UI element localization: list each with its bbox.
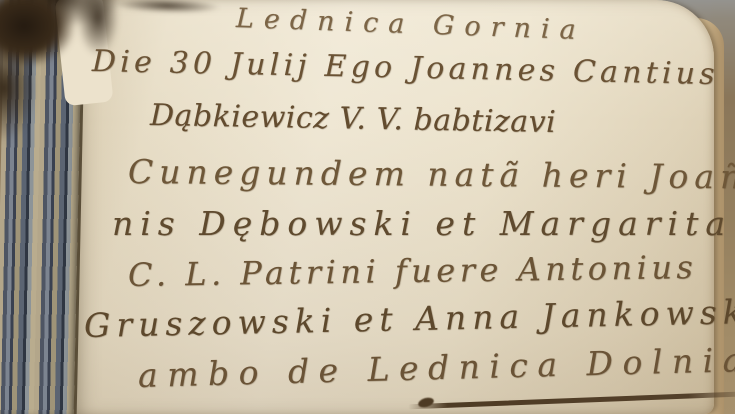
handwritten-line: nis Dębowski et Margarita: [112, 204, 732, 243]
manuscript-photo: Lednica Gornia Die 30 Julij Ego Joannes …: [0, 0, 735, 414]
handwritten-line: Cunegundem natã heri Joañ: [128, 152, 735, 196]
handwritten-line: C. L. Patrini fuere Antonius: [128, 248, 698, 294]
handwritten-line: Dąbkiewicz V. V. babtizavi: [150, 98, 557, 140]
